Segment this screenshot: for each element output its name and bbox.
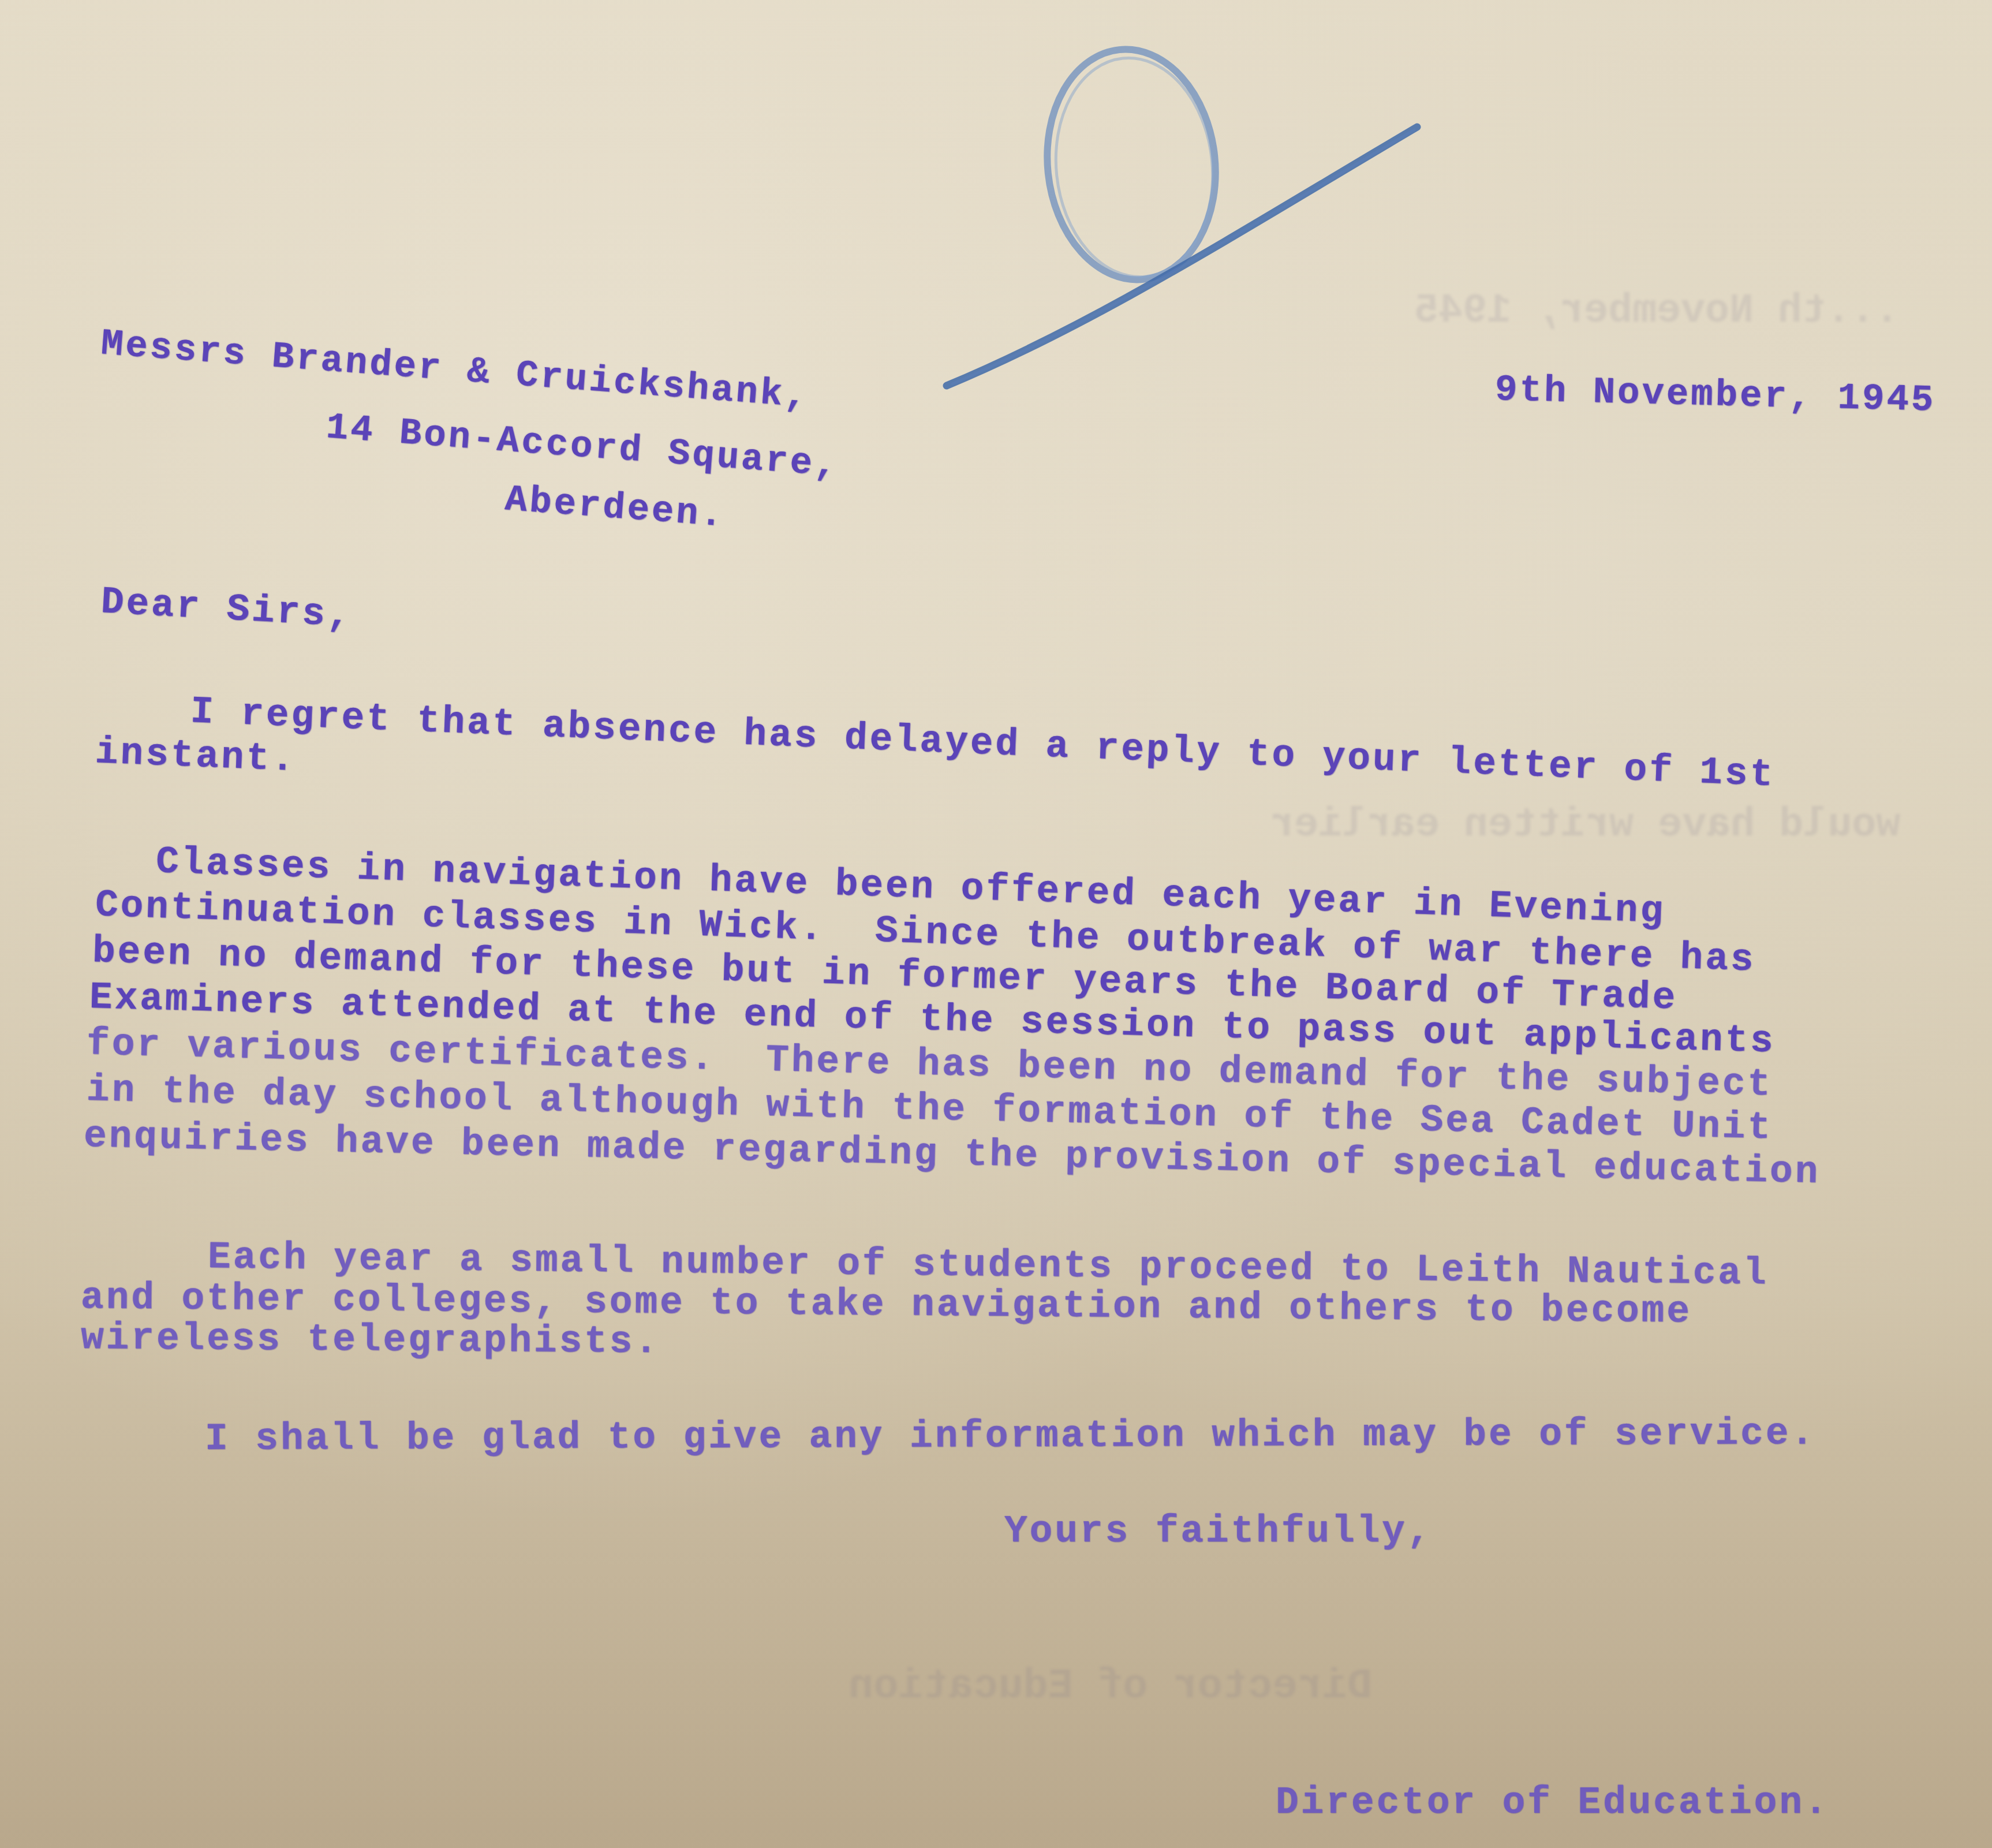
- signature-title: Director of Education.: [1276, 1781, 1829, 1824]
- closing: Yours faithfully,: [1004, 1510, 1432, 1553]
- paragraph-line: wireless telegraphists.: [81, 1316, 660, 1364]
- letter-page: ...th November, 1945 would have written …: [0, 0, 1992, 1848]
- paragraph-line: instant.: [94, 730, 297, 782]
- paragraph-line: I shall be glad to give any information …: [205, 1412, 1816, 1461]
